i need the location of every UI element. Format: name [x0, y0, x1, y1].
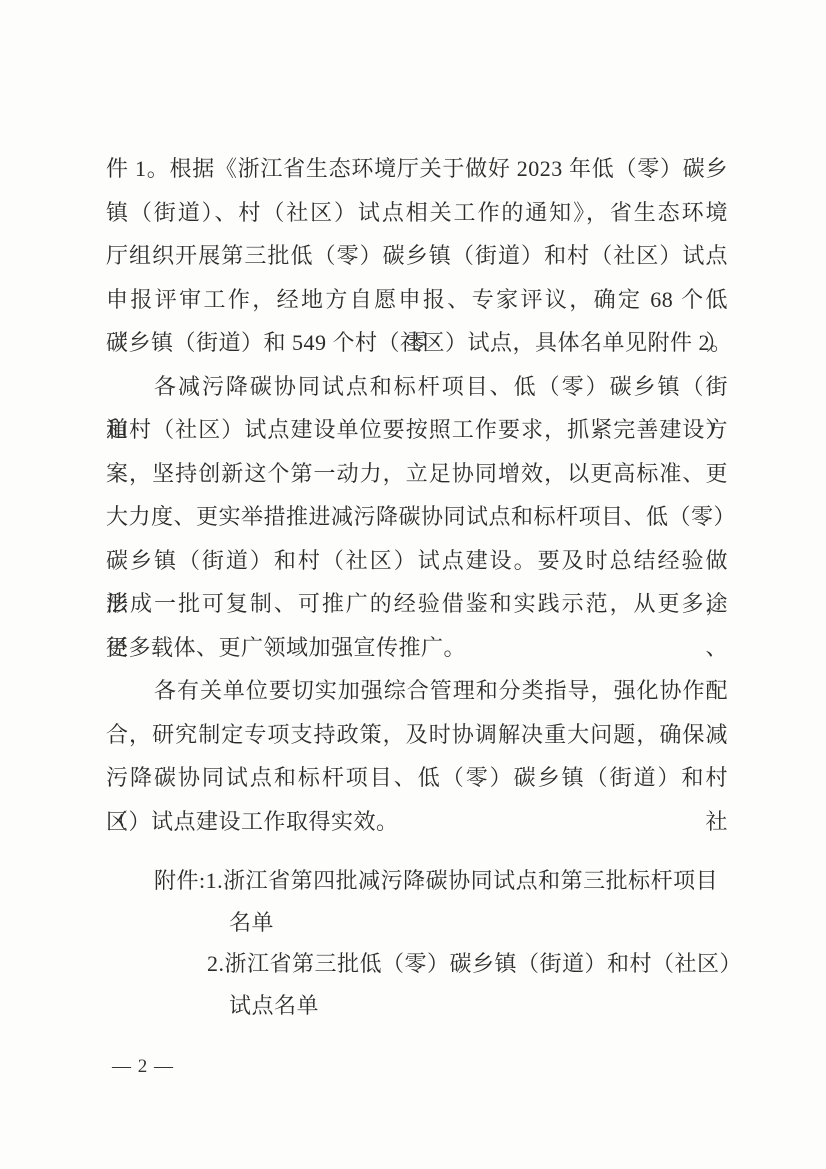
attachment-item-title: 浙江省第三批低（零）碳乡镇（街道）和村（社区） — [225, 951, 743, 976]
text-line: 和村（社区）试点建设单位要按照工作要求，抓紧完善建设方 — [106, 408, 728, 452]
attachment-item-1-line-2: 名单 — [106, 902, 728, 944]
paragraph-3: 各有关单位要切实加强综合管理和分类指导，强化协作配 合，研究制定专项支持政策，及… — [106, 669, 728, 843]
text-line: 厅组织开展第三批低（零）碳乡镇（街道）和村（社区）试点 — [106, 234, 728, 278]
attachment-item-2-line-1: 2.浙江省第三批低（零）碳乡镇（街道）和村（社区） — [106, 943, 728, 985]
attachment-item-title-continued: 名单 — [229, 910, 274, 935]
attachment-item-number: 1. — [206, 868, 224, 893]
text-line: 申报评审工作，经地方自愿申报、专家评议，确定 68 个低（零） — [106, 278, 728, 322]
attachment-item-title: 浙江省第四批减污降碳协同试点和第三批标杆项目 — [223, 868, 718, 893]
text-line: 碳乡镇（街道）和村（社区）试点建设。要及时总结经验做法， — [106, 539, 728, 583]
text-line: 大力度、更实举措推进减污降碳协同试点和标杆项目、低（零） — [106, 495, 728, 539]
text-line: 镇（街道）、村（社区）试点相关工作的通知》，省生态环境 — [106, 191, 728, 235]
attachment-item-1-line-1: 附件:1.浙江省第四批减污降碳协同试点和第三批标杆项目 — [106, 860, 728, 902]
attachment-item-title-continued: 试点名单 — [229, 993, 319, 1018]
attachment-list: 附件:1.浙江省第四批减污降碳协同试点和第三批标杆项目 名单 2.浙江省第三批低… — [106, 860, 728, 1026]
text-line: 各有关单位要切实加强综合管理和分类指导，强化协作配 — [106, 669, 728, 713]
paragraph-2: 各减污降碳协同试点和标杆项目、低（零）碳乡镇（街道） 和村（社区）试点建设单位要… — [106, 365, 728, 670]
text-line: 件 1。根据《浙江省生态环境厅关于做好 2023 年低（零）碳乡 — [106, 147, 728, 191]
attachment-item-2-line-2: 试点名单 — [106, 985, 728, 1027]
paragraph-1: 件 1。根据《浙江省生态环境厅关于做好 2023 年低（零）碳乡 镇（街道）、村… — [106, 147, 728, 365]
attachment-item-number: 2. — [207, 951, 225, 976]
text-line: 合，研究制定专项支持政策，及时协调解决重大问题，确保减 — [106, 713, 728, 757]
attachment-label: 附件: — [154, 868, 206, 893]
text-line: 形成一批可复制、可推广的经验借鉴和实践示范，从更多途径、 — [106, 582, 728, 626]
page-number: — 2 — — [112, 1056, 174, 1078]
document-page: 件 1。根据《浙江省生态环境厅关于做好 2023 年低（零）碳乡 镇（街道）、村… — [0, 0, 826, 1169]
document-body: 件 1。根据《浙江省生态环境厅关于做好 2023 年低（零）碳乡 镇（街道）、村… — [106, 147, 728, 1026]
text-line: 污降碳协同试点和标杆项目、低（零）碳乡镇（街道）和村（社 — [106, 756, 728, 800]
text-line: 碳乡镇（街道）和 549 个村（社区）试点，具体名单见附件 2。 — [106, 321, 728, 365]
text-line: 案，坚持创新这个第一动力，立足协同增效，以更高标准、更 — [106, 452, 728, 496]
text-line: 各减污降碳协同试点和标杆项目、低（零）碳乡镇（街道） — [106, 365, 728, 409]
document-viewport: { "document": { "language": "zh-CN", "co… — [0, 0, 826, 1169]
